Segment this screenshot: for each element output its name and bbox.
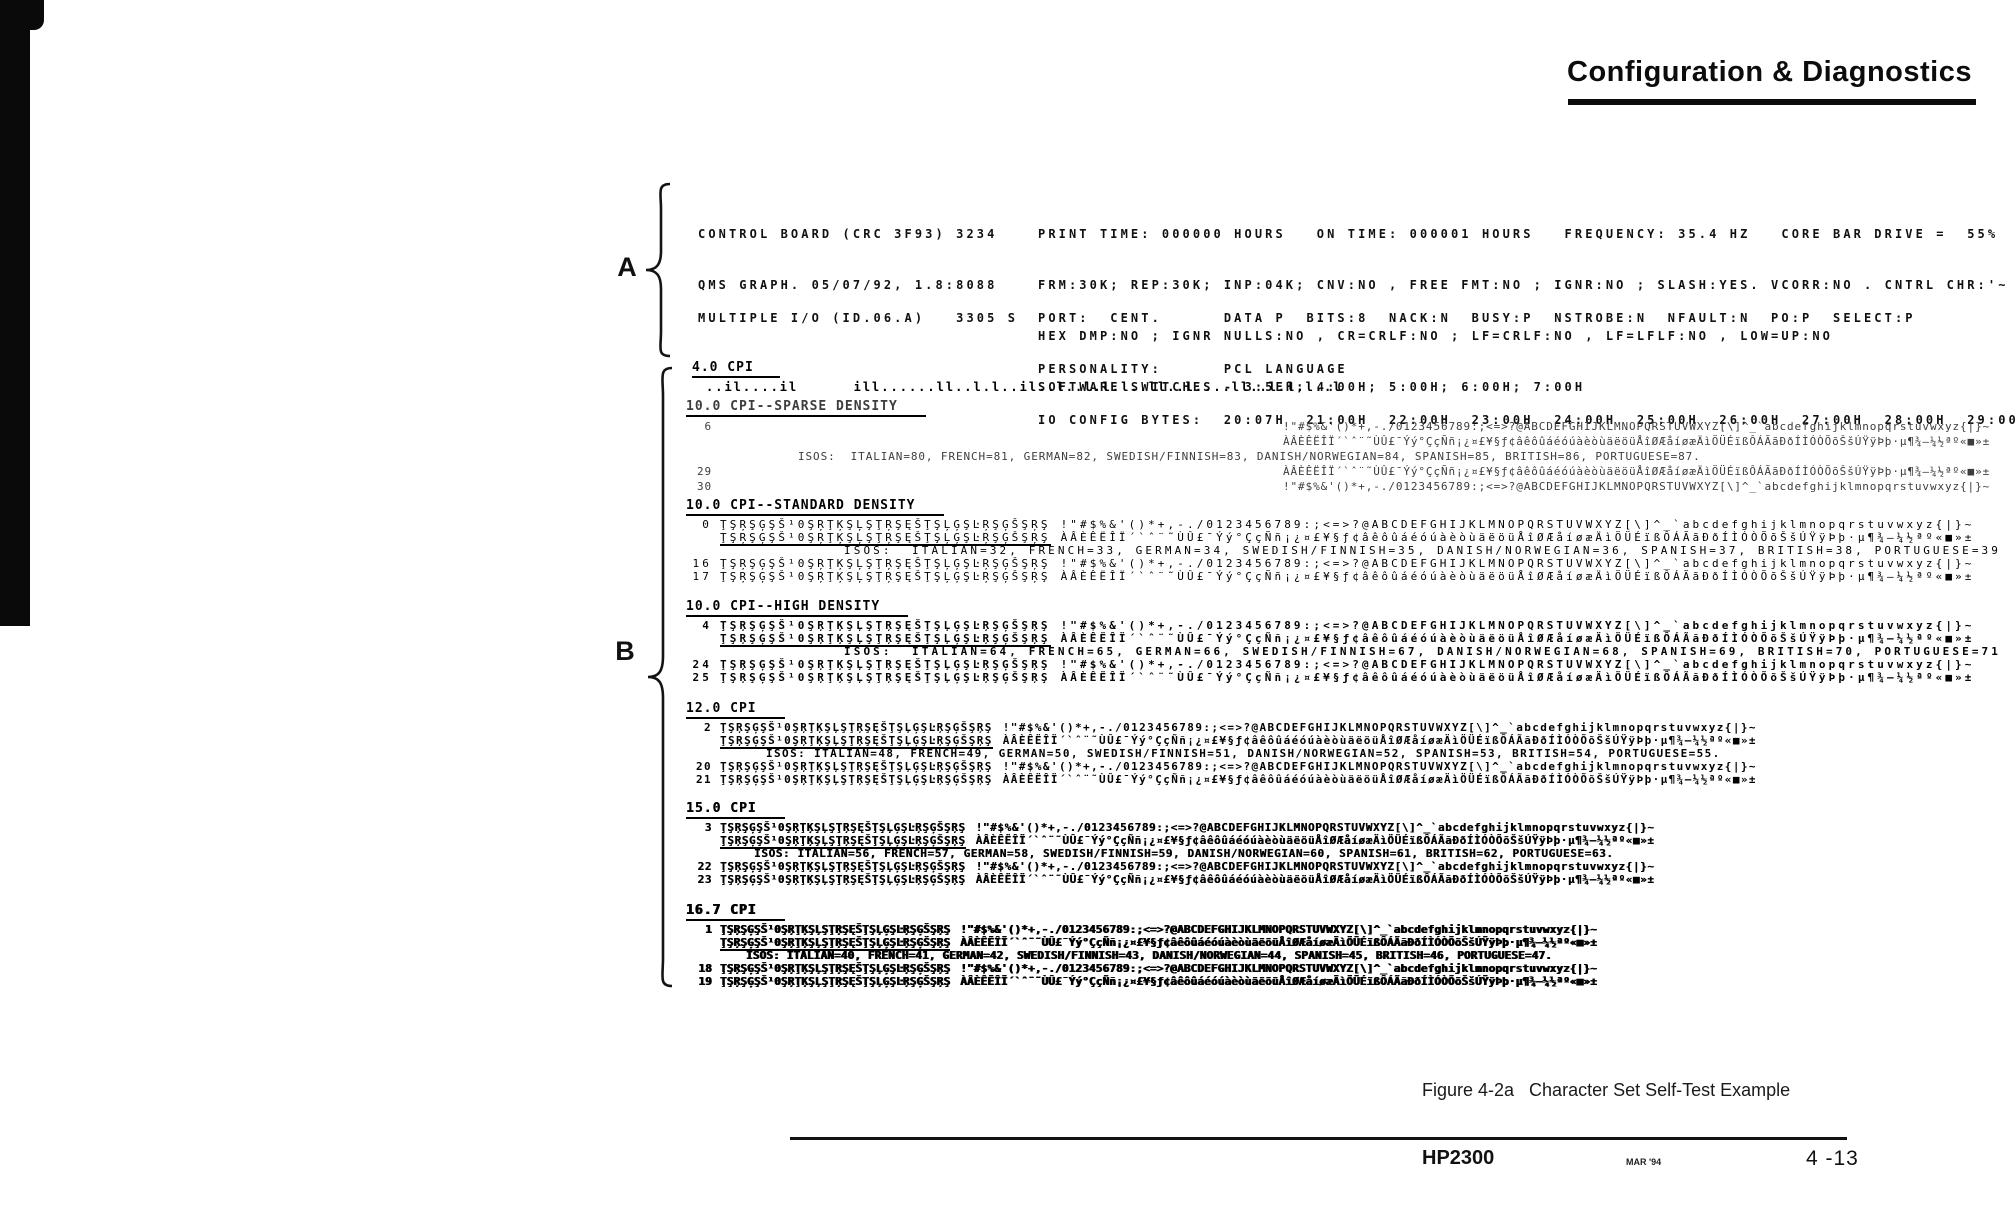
- charset-row-number: 6: [686, 419, 712, 434]
- density-section-standard: 10.0 CPI--STANDARD DENSITY0ŢŞŖŞĢŞŠ¹0ŞŖŢĶ…: [686, 498, 2006, 583]
- charset-row: 6!"#$%&'()*+,-./0123456789:;<=>?@ABCDEFG…: [686, 419, 2006, 434]
- accent-charset-text: ÀÂÈÊËÎÏ´`ˆ¨˜ÙÛ£¯Ýý°ÇçÑñ¡¿¤£¥§ƒ¢âêôûáéóúà…: [1061, 632, 1975, 645]
- ascii-charset-text: !"#$%&'()*+,-./0123456789:;<=>?@ABCDEFGH…: [1061, 518, 1975, 531]
- ascii-charset-text: !"#$%&'()*+,-./0123456789:;<=>?@ABCDEFGH…: [960, 962, 1597, 975]
- density-section-high: 10.0 CPI--HIGH DENSITY4ŢŞŖŞĢŞŠ¹0ŞŖŢĶŞĻŞŢ…: [686, 599, 2006, 684]
- cpi4-title: 4.0 CPI: [692, 360, 780, 378]
- control-glyph-block: ŢŞŖŞĢŞŠ¹0ŞŖŢĶŞĻŞŢŖŞĘŠŢŞĻĢŞĿŖŞĢŠŞŖŞ: [720, 518, 1051, 531]
- charset-row: 25ŢŞŖŞĢŞŠ¹0ŞŖŢĶŞĻŞŢŖŞĘŠŢŞĻĢŞĿŖŞĢŠŞŖŞÀÂÈÊ…: [686, 671, 2006, 684]
- charset-row: 29ÀÂÈÊËÎÏ´`ˆ¨˜ÙÛ£¯Ýý°ÇçÑñ¡¿¤£¥§ƒ¢âêôûáéó…: [686, 464, 2006, 479]
- charset-row: ŢŞŖŞĢŞŠ¹0ŞŖŢĶŞĻŞŢŖŞĘŠŢŞĻĢŞĿŖŞĢŠŞŖŞÀÂÈÊËÎ…: [686, 734, 2006, 747]
- control-glyph-block: ŢŞŖŞĢŞŠ¹0ŞŖŢĶŞĻŞŢŖŞĘŠŢŞĻĢŞĿŖŞĢŠŞŖŞ: [720, 962, 950, 975]
- density-section-12cpi: 12.0 CPI2ŢŞŖŞĢŞŠ¹0ŞŖŢĶŞĻŞŢŖŞĘŠŢŞĻĢŞĿŖŞĢŠ…: [686, 701, 2006, 786]
- charset-row: ÀÂÈÊËÎÏ´`ˆ¨˜ÙÛ£¯Ýý°ÇçÑñ¡¿¤£¥§ƒ¢âêôûáéóúà…: [686, 434, 2006, 449]
- ascii-charset-text: !"#$%&'()*+,-./0123456789:;<=>?@ABCDEFGH…: [1061, 557, 1975, 570]
- charset-row: 20ŢŞŖŞĢŞŠ¹0ŞŖŢĶŞĻŞŢŖŞĘŠŢŞĻĢŞĿŖŞĢŠŞŖŞ!"#$…: [686, 760, 2006, 773]
- charset-row-number: 19: [686, 975, 712, 988]
- isos-line: ISOS: ITALIAN=64, FRENCH=65, GERMAN=66, …: [844, 645, 2006, 658]
- charset-row: 17ŢŞŖŞĢŞŠ¹0ŞŖŢĶŞĻŞŢŖŞĘŠŢŞĻĢŞĿŖŞĢŠŞŖŞÀÂÈÊ…: [686, 570, 2006, 583]
- footer-page-number: 4 -13: [1806, 1147, 1859, 1171]
- cpi4-barcode-row: ..il....il ill......ll..l.l..il..l..l.l.…: [706, 380, 1343, 394]
- control-glyph-block: ŢŞŖŞĢŞŠ¹0ŞŖŢĶŞĻŞŢŖŞĘŠŢŞĻĢŞĿŖŞĢŠŞŖŞ: [720, 721, 993, 734]
- label-b: B: [610, 636, 640, 667]
- charset-row-number: 21: [686, 773, 712, 786]
- charset-row-number: 30: [686, 479, 712, 494]
- charset-row-number: 20: [686, 760, 712, 773]
- accent-charset-text: ÀÂÈÊËÎÏ´`ˆ¨˜ÙÛ£¯Ýý°ÇçÑñ¡¿¤£¥§ƒ¢âêôûáéóúà…: [976, 834, 1655, 847]
- isos-line: ISOS: ITALIAN=48, FRENCH=49, GERMAN=50, …: [766, 747, 2006, 760]
- brace-b: [642, 366, 674, 988]
- control-glyph-block: ŢŞŖŞĢŞŠ¹0ŞŖŢĶŞĻŞŢŖŞĘŠŢŞĻĢŞĿŖŞĢŠŞŖŞ: [720, 975, 950, 988]
- accent-charset-text: ÀÂÈÊËÎÏ´`ˆ¨˜ÙÛ£¯Ýý°ÇçÑñ¡¿¤£¥§ƒ¢âêôûáéóúà…: [976, 873, 1655, 886]
- charset-row-number: 3: [686, 821, 712, 834]
- charset-row-number: 4: [686, 619, 712, 632]
- charset-row: 21ŢŞŖŞĢŞŠ¹0ŞŖŢĶŞĻŞŢŖŞĘŠŢŞĻĢŞĿŖŞĢŠŞŖŞÀÂÈÊ…: [686, 773, 2006, 786]
- accent-charset-text: ÀÂÈÊËÎÏ´`ˆ¨˜ÙÛ£¯Ýý°ÇçÑñ¡¿¤£¥§ƒ¢âêôûáéóúà…: [960, 975, 1597, 988]
- charset-row-number: 24: [686, 658, 712, 671]
- density-section-sparse: 10.0 CPI--SPARSE DENSITY6!"#$%&'()*+,-./…: [686, 399, 2006, 494]
- charset-row: ŢŞŖŞĢŞŠ¹0ŞŖŢĶŞĻŞŢŖŞĘŠŢŞĻĢŞĿŖŞĢŠŞŖŞÀÂÈÊËÎ…: [686, 834, 2006, 847]
- charset-row-number: 29: [686, 464, 712, 479]
- control-glyph-block: ŢŞŖŞĢŞŠ¹0ŞŖŢĶŞĻŞŢŖŞĘŠŢŞĻĢŞĿŖŞĢŠŞŖŞ: [720, 873, 966, 886]
- charset-row: 16ŢŞŖŞĢŞŠ¹0ŞŖŢĶŞĻŞŢŖŞĘŠŢŞĻĢŞĿŖŞĢŠŞŖŞ!"#$…: [686, 557, 2006, 570]
- density-section-167cpi: 16.7 CPI1ŢŞŖŞĢŞŠ¹0ŞŖŢĶŞĻŞŢŖŞĘŠŢŞĻĢŞĿŖŞĢŠ…: [686, 903, 2006, 988]
- charset-row-number: 23: [686, 873, 712, 886]
- charset-row: 1ŢŞŖŞĢŞŠ¹0ŞŖŢĶŞĻŞŢŖŞĘŠŢŞĻĢŞĿŖŞĢŠŞŖŞ!"#$%…: [686, 923, 2006, 936]
- control-glyph-block: ŢŞŖŞĢŞŠ¹0ŞŖŢĶŞĻŞŢŖŞĘŠŢŞĻĢŞĿŖŞĢŠŞŖŞ: [720, 557, 1051, 570]
- control-board-line: CONTROL BOARD (CRC 3F93) 3234: [698, 226, 997, 243]
- control-glyph-block: ŢŞŖŞĢŞŠ¹0ŞŖŢĶŞĻŞŢŖŞĘŠŢŞĻĢŞĿŖŞĢŠŞŖŞ: [720, 773, 993, 786]
- accent-charset-text: ÀÂÈÊËÎÏ´`ˆ¨˜ÙÛ£¯Ýý°ÇçÑñ¡¿¤£¥§ƒ¢âêôûáéóúà…: [1061, 531, 1975, 544]
- charset-row: 2ŢŞŖŞĢŞŠ¹0ŞŖŢĶŞĻŞŢŖŞĘŠŢŞĻĢŞĿŖŞĢŠŞŖŞ!"#$%…: [686, 721, 2006, 734]
- charset-row-number: 25: [686, 671, 712, 684]
- label-a: A: [612, 252, 642, 283]
- accent-charset-text: ÀÂÈÊËÎÏ´`ˆ¨˜ÙÛ£¯Ýý°ÇçÑñ¡¿¤£¥§ƒ¢âêôûáéóúà…: [1003, 734, 1757, 747]
- density-section-title: 10.0 CPI--SPARSE DENSITY: [686, 399, 926, 417]
- ascii-charset-text: !"#$%&'()*+,-./0123456789:;<=>?@ABCDEFGH…: [960, 923, 1597, 936]
- charset-row: 4ŢŞŖŞĢŞŠ¹0ŞŖŢĶŞĻŞŢŖŞĘŠŢŞĻĢŞĿŖŞĢŠŞŖŞ!"#$%…: [686, 619, 2006, 632]
- footer-model: HP2300: [1422, 1147, 1494, 1170]
- isos-line: ISOS: ITALIAN=80, FRENCH=81, GERMAN=82, …: [798, 449, 2006, 464]
- ascii-charset-text: !"#$%&'()*+,-./0123456789:;<=>?@ABCDEFGH…: [1061, 619, 1975, 632]
- accent-charset-text: ÀÂÈÊËÎÏ´`ˆ¨˜ÙÛ£¯Ýý°ÇçÑñ¡¿¤£¥§ƒ¢âêôûáéóúà…: [1061, 671, 1975, 684]
- density-section-title: 10.0 CPI--HIGH DENSITY: [686, 599, 908, 617]
- control-glyph-block: ŢŞŖŞĢŞŠ¹0ŞŖŢĶŞĻŞŢŖŞĘŠŢŞĻĢŞĿŖŞĢŠŞŖŞ: [720, 760, 993, 773]
- ascii-charset-text: !"#$%&'()*+,-./0123456789:;<=>?@ABCDEFGH…: [1003, 760, 1757, 773]
- charset-row-number: 17: [686, 570, 712, 583]
- control-glyph-block: ŢŞŖŞĢŞŠ¹0ŞŖŢĶŞĻŞŢŖŞĘŠŢŞĻĢŞĿŖŞĢŠŞŖŞ: [720, 821, 966, 834]
- charset-row: ŢŞŖŞĢŞŠ¹0ŞŖŢĶŞĻŞŢŖŞĘŠŢŞĻĢŞĿŖŞĢŠŞŖŞÀÂÈÊËÎ…: [686, 632, 2006, 645]
- charset-row: 30!"#$%&'()*+,-./0123456789:;<=>?@ABCDEF…: [686, 479, 2006, 494]
- density-section-title: 12.0 CPI: [686, 701, 785, 719]
- accent-charset-text: ÀÂÈÊËÎÏ´`ˆ¨˜ÙÛ£¯Ýý°ÇçÑñ¡¿¤£¥§ƒ¢âêôûáéóúà…: [1283, 465, 1990, 478]
- charset-row-number: 0: [686, 518, 712, 531]
- charset-row-number: 18: [686, 962, 712, 975]
- header-rule: [1568, 99, 1976, 105]
- charset-row: 18ŢŞŖŞĢŞŠ¹0ŞŖŢĶŞĻŞŢŖŞĘŠŢŞĻĢŞĿŖŞĢŠŞŖŞ!"#$…: [686, 962, 2006, 975]
- port-line: PERSONALITY: PCL LANGUAGE: [1038, 361, 2016, 378]
- control-glyph-block: ŢŞŖŞĢŞŠ¹0ŞŖŢĶŞĻŞŢŖŞĘŠŢŞĻĢŞĿŖŞĢŠŞŖŞ: [720, 923, 950, 936]
- ascii-charset-text: !"#$%&'()*+,-./0123456789:;<=>?@ABCDEFGH…: [1003, 721, 1757, 734]
- control-glyph-block: ŢŞŖŞĢŞŠ¹0ŞŖŢĶŞĻŞŢŖŞĘŠŢŞĻĢŞĿŖŞĢŠŞŖŞ: [720, 658, 1051, 671]
- footer-rule: [790, 1137, 1847, 1140]
- density-section-15cpi: 15.0 CPI3ŢŞŖŞĢŞŠ¹0ŞŖŢĶŞĻŞŢŖŞĘŠŢŞĻĢŞĿŖŞĢŠ…: [686, 801, 2006, 886]
- charset-row: 24ŢŞŖŞĢŞŠ¹0ŞŖŢĶŞĻŞŢŖŞĘŠŢŞĻĢŞĿŖŞĢŠŞŖŞ!"#$…: [686, 658, 2006, 671]
- charset-row-number: 16: [686, 557, 712, 570]
- manual-page: Configuration & Diagnostics A B CONTROL …: [0, 0, 2016, 1224]
- charset-row: 22ŢŞŖŞĢŞŠ¹0ŞŖŢĶŞĻŞŢŖŞĘŠŢŞĻĢŞĿŖŞĢŠŞŖŞ!"#$…: [686, 860, 2006, 873]
- isos-line: ISOS: ITALIAN=40, FRENCH=41, GERMAN=42, …: [746, 949, 2006, 962]
- accent-charset-text: ÀÂÈÊËÎÏ´`ˆ¨˜ÙÛ£¯Ýý°ÇçÑñ¡¿¤£¥§ƒ¢âêôûáéóúà…: [960, 936, 1597, 949]
- control-glyph-block: ŢŞŖŞĢŞŠ¹0ŞŖŢĶŞĻŞŢŖŞĘŠŢŞĻĢŞĿŖŞĢŠŞŖŞ: [720, 570, 1051, 583]
- footer-date: MAR '94: [1626, 1157, 1661, 1167]
- density-section-title: 10.0 CPI--STANDARD DENSITY: [686, 498, 944, 516]
- page-header-title: Configuration & Diagnostics: [1567, 56, 1972, 89]
- isos-line: ISOS: ITALIAN=32, FRENCH=33, GERMAN=34, …: [844, 544, 2006, 557]
- charset-row: 19ŢŞŖŞĢŞŠ¹0ŞŖŢĶŞĻŞŢŖŞĘŠŢŞĻĢŞĿŖŞĢŠŞŖŞÀÂÈÊ…: [686, 975, 2006, 988]
- scan-artifact-bar: [0, 0, 30, 626]
- accent-charset-text: ÀÂÈÊËÎÏ´`ˆ¨˜ÙÛ£¯Ýý°ÇçÑñ¡¿¤£¥§ƒ¢âêôûáéóúà…: [1003, 773, 1757, 786]
- port-line: PORT: CENT. DATA P BITS:8 NACK:N BUSY:P …: [1038, 310, 2016, 327]
- ascii-charset-text: !"#$%&'()*+,-./0123456789:;<=>?@ABCDEFGH…: [1283, 480, 1990, 493]
- density-section-title: 16.7 CPI: [686, 903, 785, 921]
- charset-row-number: 22: [686, 860, 712, 873]
- charset-row: ŢŞŖŞĢŞŠ¹0ŞŖŢĶŞĻŞŢŖŞĘŠŢŞĻĢŞĿŖŞĢŠŞŖŞÀÂÈÊËÎ…: [686, 531, 2006, 544]
- control-glyph-block: ŢŞŖŞĢŞŠ¹0ŞŖŢĶŞĻŞŢŖŞĘŠŢŞĻĢŞĿŖŞĢŠŞŖŞ: [720, 860, 966, 873]
- multiple-io-line: MULTIPLE I/O (ID.06.A) 3305 S: [698, 310, 1018, 327]
- ascii-charset-text: !"#$%&'()*+,-./0123456789:;<=>?@ABCDEFGH…: [976, 821, 1655, 834]
- isos-line: ISOS: ITALIAN=56, FRENCH=57, GERMAN=58, …: [754, 847, 2006, 860]
- brace-a: [640, 182, 672, 358]
- figure-caption: Figure 4-2a Character Set Self-Test Exam…: [1422, 1080, 1790, 1101]
- density-section-title: 15.0 CPI: [686, 801, 785, 819]
- charset-row: ŢŞŖŞĢŞŠ¹0ŞŖŢĶŞĻŞŢŖŞĘŠŢŞĻĢŞĿŖŞĢŠŞŖŞÀÂÈÊËÎ…: [686, 936, 2006, 949]
- ascii-charset-text: !"#$%&'()*+,-./0123456789:;<=>?@ABCDEFGH…: [1283, 420, 1990, 433]
- charset-row: 0ŢŞŖŞĢŞŠ¹0ŞŖŢĶŞĻŞŢŖŞĘŠŢŞĻĢŞĿŖŞĢŠŞŖŞ!"#$%…: [686, 518, 2006, 531]
- control-glyph-block: ŢŞŖŞĢŞŠ¹0ŞŖŢĶŞĻŞŢŖŞĘŠŢŞĻĢŞĿŖŞĢŠŞŖŞ: [720, 619, 1051, 632]
- charset-row-number: 1: [686, 923, 712, 936]
- multiple-io-block: MULTIPLE I/O (ID.06.A) 3305 S: [698, 276, 1018, 361]
- status-line: PRINT TIME: 000000 HOURS ON TIME: 000001…: [1038, 226, 2009, 243]
- charset-row: 3ŢŞŖŞĢŞŠ¹0ŞŖŢĶŞĻŞŢŖŞĘŠŢŞĻĢŞĿŖŞĢŠŞŖŞ!"#$%…: [686, 821, 2006, 834]
- charset-row-number: 2: [686, 721, 712, 734]
- ascii-charset-text: !"#$%&'()*+,-./0123456789:;<=>?@ABCDEFGH…: [1061, 658, 1975, 671]
- ascii-charset-text: !"#$%&'()*+,-./0123456789:;<=>?@ABCDEFGH…: [976, 860, 1655, 873]
- accent-charset-text: ÀÂÈÊËÎÏ´`ˆ¨˜ÙÛ£¯Ýý°ÇçÑñ¡¿¤£¥§ƒ¢âêôûáéóúà…: [1283, 435, 1990, 448]
- charset-row: 23ŢŞŖŞĢŞŠ¹0ŞŖŢĶŞĻŞŢŖŞĘŠŢŞĻĢŞĿŖŞĢŠŞŖŞÀÂÈÊ…: [686, 873, 2006, 886]
- control-glyph-block: ŢŞŖŞĢŞŠ¹0ŞŖŢĶŞĻŞŢŖŞĘŠŢŞĻĢŞĿŖŞĢŠŞŖŞ: [720, 671, 1051, 684]
- accent-charset-text: ÀÂÈÊËÎÏ´`ˆ¨˜ÙÛ£¯Ýý°ÇçÑñ¡¿¤£¥§ƒ¢âêôûáéóúà…: [1061, 570, 1975, 583]
